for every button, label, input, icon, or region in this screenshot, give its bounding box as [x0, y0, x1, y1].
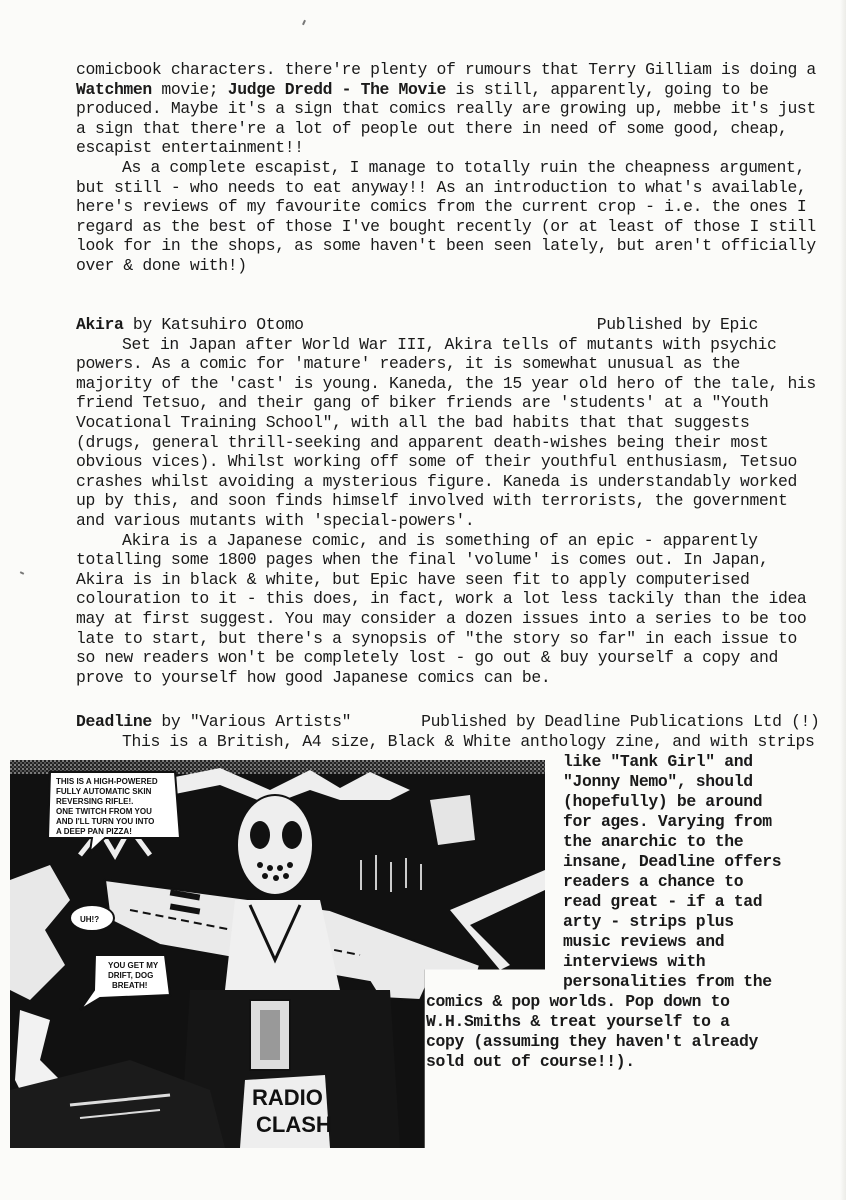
text-line: Vocational Training School", with all th…: [76, 413, 766, 433]
text-segment: movie;: [152, 80, 228, 99]
page-edge: [840, 0, 846, 1200]
text-line: majority of the 'cast' is young. Kaneda,…: [76, 374, 766, 394]
text-line: so new readers won't be completely lost …: [76, 648, 766, 668]
review-wrap-right: like "Tank Girl" and"Jonny Nemo", should…: [563, 752, 781, 992]
text-line: here's reviews of my favourite comics fr…: [76, 197, 766, 217]
text-line: escapist entertainment!!: [76, 138, 766, 158]
comic-illustration: RADIO CLASH THIS IS A HIGH-POWEREDFULLY …: [10, 760, 545, 1148]
intro-section: comicbook characters. there're plenty of…: [76, 60, 766, 276]
review-byline: by "Various Artists": [152, 712, 351, 731]
text-line: W.H.Smiths & treat yourself to a: [426, 1012, 758, 1032]
text-line: regard as the best of those I've bought …: [76, 217, 766, 237]
intro-paragraph-2: As a complete escapist, I manage to tota…: [76, 158, 766, 276]
review-byline: by Katsuhiro Otomo: [123, 315, 303, 334]
text-line: colouration to it - this does, in fact, …: [76, 589, 766, 609]
paper-speck: [302, 20, 306, 25]
text-line: prove to yourself how good Japanese comi…: [76, 668, 766, 688]
text-segment: is still, apparently, going to be: [446, 80, 769, 99]
review-wrap-bottom: comics & pop worlds. Pop down toW.H.Smit…: [426, 992, 758, 1072]
text-line: powers. As a comic for 'mature' readers,…: [76, 354, 766, 374]
review-deadline: Deadline by "Various Artists" Published …: [76, 712, 766, 751]
text-line: totalling some 1800 pages when the final…: [76, 550, 766, 570]
paper-speck: [20, 571, 24, 575]
text-segment: comicbook characters. there're plenty of…: [76, 60, 816, 79]
text-line: like "Tank Girl" and: [563, 752, 781, 772]
review-title: Akira: [76, 315, 123, 334]
review-publisher: Published by Epic: [597, 315, 766, 335]
text-line: readers a chance to: [563, 872, 781, 892]
review-title-line: Akira by Katsuhiro Otomo: [76, 315, 304, 335]
intro-paragraph: comicbook characters. there're plenty of…: [76, 60, 766, 158]
text-segment: escapist entertainment!!: [76, 138, 304, 157]
text-line: up by this, and soon finds himself invol…: [76, 491, 766, 511]
review-heading: Akira by Katsuhiro Otomo Published by Ep…: [76, 315, 766, 335]
review-title-line: Deadline by "Various Artists": [76, 712, 351, 732]
review-heading: Deadline by "Various Artists" Published …: [76, 712, 766, 732]
text-line: As a complete escapist, I manage to tota…: [76, 158, 766, 178]
review-body: Set in Japan after World War III, Akira …: [76, 335, 766, 688]
text-line: interviews with: [563, 952, 781, 972]
text-line: comicbook characters. there're plenty of…: [76, 60, 766, 80]
text-line: obvious vices). Whilst working off some …: [76, 452, 766, 472]
bubble-2-text: UH!?: [80, 915, 99, 924]
text-line: Set in Japan after World War III, Akira …: [76, 335, 766, 355]
text-line: a sign that there're a lot of people out…: [76, 119, 766, 139]
comic-artwork: RADIO CLASH THIS IS A HIGH-POWEREDFULLY …: [10, 760, 545, 1148]
text-line: produced. Maybe it's a sign that comics …: [76, 99, 766, 119]
text-line: (hopefully) be around: [563, 792, 781, 812]
text-line: Akira is in black & white, but Epic have…: [76, 570, 766, 590]
text-line: crashes whilst avoiding a mysterious fig…: [76, 472, 766, 492]
text-line: arty - strips plus: [563, 912, 781, 932]
text-line: but still - who needs to eat anyway!! As…: [76, 178, 766, 198]
text-line: the anarchic to the: [563, 832, 781, 852]
review-first-line: This is a British, A4 size, Black & Whit…: [76, 732, 766, 752]
comic-sfx-radio: RADIO: [252, 1085, 323, 1110]
text-line: and various mutants with 'special-powers…: [76, 511, 766, 531]
text-line: personalities from the: [563, 972, 781, 992]
text-line: (drugs, general thrill-seeking and appar…: [76, 433, 766, 453]
text-line: sold out of course!!).: [426, 1052, 758, 1072]
review-akira: Akira by Katsuhiro Otomo Published by Ep…: [76, 315, 766, 687]
text-line: comics & pop worlds. Pop down to: [426, 992, 758, 1012]
text-line: "Jonny Nemo", should: [563, 772, 781, 792]
comic-sfx-clash: CLASH: [256, 1112, 332, 1137]
text-line: copy (assuming they haven't already: [426, 1032, 758, 1052]
text-line: Akira is a Japanese comic, and is someth…: [76, 531, 766, 551]
review-publisher: Published by Deadline Publications Ltd (…: [421, 712, 819, 732]
emphasized-title: Watchmen: [76, 80, 152, 99]
text-line: may at first suggest. You may consider a…: [76, 609, 766, 629]
text-line: insane, Deadline offers: [563, 852, 781, 872]
text-line: read great - if a tad: [563, 892, 781, 912]
text-line: friend Tetsuo, and their gang of biker f…: [76, 393, 766, 413]
text-segment: produced. Maybe it's a sign that comics …: [76, 99, 816, 118]
text-line: over & done with!): [76, 256, 766, 276]
review-title: Deadline: [76, 712, 152, 731]
text-line: music reviews and: [563, 932, 781, 952]
text-line: look for in the shops, as some haven't b…: [76, 236, 766, 256]
text-segment: a sign that there're a lot of people out…: [76, 119, 787, 138]
emphasized-title: Judge Dredd - The Movie: [228, 80, 446, 99]
text-line: for ages. Varying from: [563, 812, 781, 832]
text-line: Watchmen movie; Judge Dredd - The Movie …: [76, 80, 766, 100]
text-line: late to start, but there's a synopsis of…: [76, 629, 766, 649]
